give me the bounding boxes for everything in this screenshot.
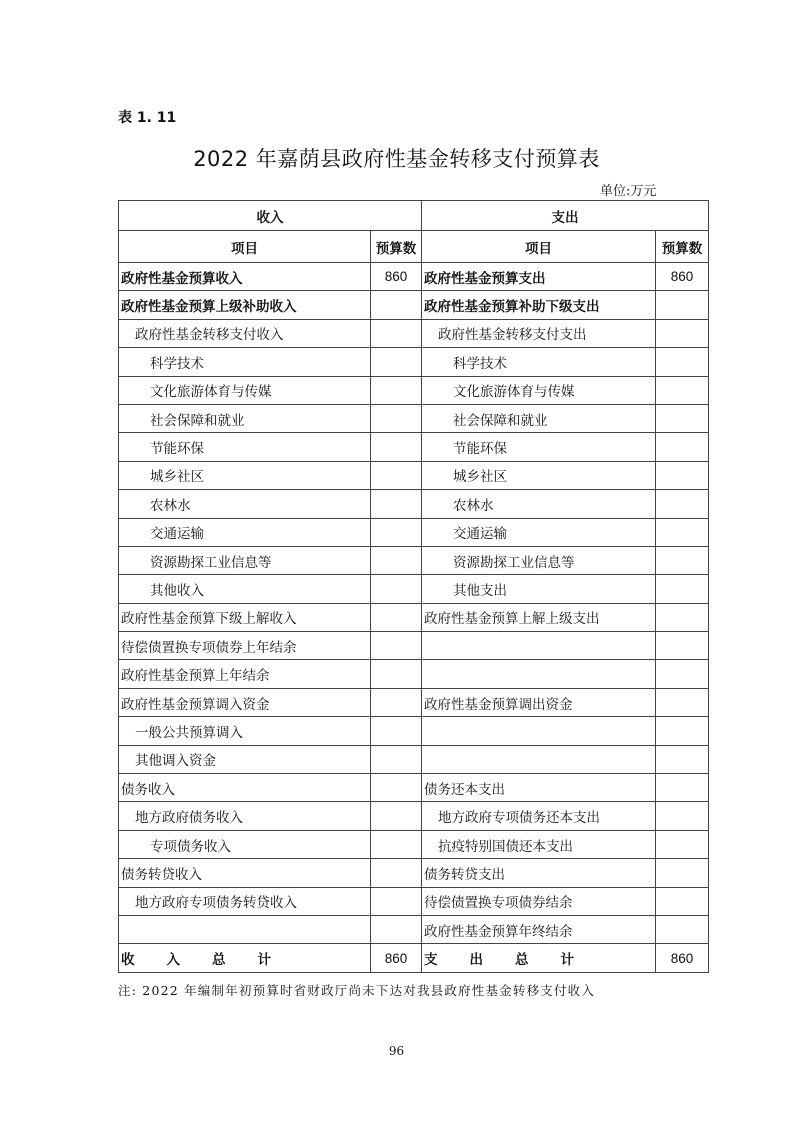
expense-value: 860 [656,263,709,291]
income-value [371,830,422,858]
expense-value [656,291,709,319]
income-item: 政府性基金预算下级上解收入 [119,603,371,631]
table-row: 一般公共预算调入 [119,717,709,745]
income-value [371,518,422,546]
expense-value [656,603,709,631]
expense-item [422,660,656,688]
header-row-columns: 项目 预算数 项目 预算数 [119,231,709,263]
expense-value [656,461,709,489]
expense-value [656,632,709,660]
expense-item: 节能环保 [422,433,656,461]
table-row: 专项债务收入抗疫特别国债还本支出 [119,830,709,858]
expense-item: 待偿债置换专项债券结余 [422,887,656,915]
expense-value [656,433,709,461]
table-row: 政府性基金预算调入资金政府性基金预算调出资金 [119,688,709,716]
table-row: 债务收入债务还本支出 [119,774,709,802]
expense-item [422,632,656,660]
table-row: 其他收入其他支出 [119,575,709,603]
income-value [371,575,422,603]
expense-item: 地方政府专项债务还本支出 [422,802,656,830]
income-item: 政府性基金转移支付收入 [119,319,371,347]
table-row: 政府性基金预算上级补助收入政府性基金预算补助下级支出 [119,291,709,319]
income-value [371,745,422,773]
income-value [371,660,422,688]
income-value [371,688,422,716]
expense-item: 政府性基金预算补助下级支出 [422,291,656,319]
expense-value [656,802,709,830]
page-title: 2022 年嘉荫县政府性基金转移支付预算表 [0,143,793,173]
income-value [371,404,422,432]
income-item: 债务收入 [119,774,371,802]
expense-item: 交通运输 [422,518,656,546]
total-label-char: 收 [121,948,135,968]
income-item: 城乡社区 [119,461,371,489]
footnote: 注: 2022 年编制年初预算时省财政厅尚未下达对我县政府性基金转移支付收入 [118,981,595,999]
expense-value [656,717,709,745]
income-item: 一般公共预算调入 [119,717,371,745]
income-value [371,802,422,830]
expense-item: 资源勘探工业信息等 [422,546,656,574]
expense-total-label: 支出总计 [422,944,656,972]
page-number: 96 [0,1044,793,1058]
table-row: 科学技术科学技术 [119,348,709,376]
expense-value [656,915,709,943]
income-value [371,915,422,943]
table-row: 政府性基金预算收入860政府性基金预算支出860 [119,263,709,291]
expense-value [656,660,709,688]
total-label-char: 支 [424,948,438,968]
expense-value [656,887,709,915]
income-budget-header: 预算数 [371,231,422,263]
income-value [371,632,422,660]
expense-item: 政府性基金预算年终结余 [422,915,656,943]
income-item: 政府性基金预算上年结余 [119,660,371,688]
income-value [371,461,422,489]
table-row: 社会保障和就业社会保障和就业 [119,404,709,432]
total-label-char: 计 [258,948,272,968]
income-item: 农林水 [119,490,371,518]
table-row: 交通运输交通运输 [119,518,709,546]
total-label-char: 总 [212,948,226,968]
income-item: 政府性基金预算调入资金 [119,688,371,716]
income-value [371,546,422,574]
income-value [371,433,422,461]
expense-item: 农林水 [422,490,656,518]
income-item: 其他调入资金 [119,745,371,773]
table-row: 资源勘探工业信息等资源勘探工业信息等 [119,546,709,574]
expense-value [656,348,709,376]
table-row: 政府性基金预算下级上解收入政府性基金预算上解上级支出 [119,603,709,631]
income-value: 860 [371,263,422,291]
income-value [371,490,422,518]
expense-item: 文化旅游体育与传媒 [422,376,656,404]
income-item: 地方政府债务收入 [119,802,371,830]
income-value [371,376,422,404]
table-row: 节能环保节能环保 [119,433,709,461]
table-row: 债务转贷收入债务转贷支出 [119,859,709,887]
table-row: 政府性基金预算年终结余 [119,915,709,943]
table-row: 农林水农林水 [119,490,709,518]
income-item: 其他收入 [119,575,371,603]
income-value [371,603,422,631]
expense-item [422,745,656,773]
income-item: 社会保障和就业 [119,404,371,432]
expense-item: 政府性基金预算支出 [422,263,656,291]
income-item: 文化旅游体育与传媒 [119,376,371,404]
expense-value [656,830,709,858]
expense-value [656,774,709,802]
income-item: 政府性基金预算收入 [119,263,371,291]
income-value [371,717,422,745]
expense-item [422,717,656,745]
income-item: 科学技术 [119,348,371,376]
expense-item: 城乡社区 [422,461,656,489]
expense-value [656,546,709,574]
income-item: 专项债务收入 [119,830,371,858]
unit-label: 单位:万元 [600,180,656,199]
expense-item: 抗疫特别国债还本支出 [422,830,656,858]
income-item-header: 项目 [119,231,371,263]
total-label-char: 总 [515,948,529,968]
table-row: 政府性基金预算上年结余 [119,660,709,688]
income-item: 地方政府专项债务转贷收入 [119,887,371,915]
total-label-char: 计 [561,948,575,968]
expense-value [656,518,709,546]
income-header: 收入 [119,201,422,231]
income-item: 待偿债置换专项债券上年结余 [119,632,371,660]
income-item [119,915,371,943]
income-value [371,774,422,802]
expense-item-header: 项目 [422,231,656,263]
expense-value [656,376,709,404]
total-label-char: 入 [167,948,181,968]
expense-item: 债务还本支出 [422,774,656,802]
expense-budget-header: 预算数 [656,231,709,263]
expense-item: 政府性基金预算上解上级支出 [422,603,656,631]
income-value [371,887,422,915]
budget-table: 收入 支出 项目 预算数 项目 预算数 政府性基金预算收入860政府性基金预算支… [118,200,709,973]
expense-item: 债务转贷支出 [422,859,656,887]
expense-item: 政府性基金转移支付支出 [422,319,656,347]
expense-header: 支出 [422,201,709,231]
table-label: 表 1. 11 [118,107,176,127]
table-row: 城乡社区城乡社区 [119,461,709,489]
income-item: 资源勘探工业信息等 [119,546,371,574]
income-item: 债务转贷收入 [119,859,371,887]
expense-item: 社会保障和就业 [422,404,656,432]
expense-value [656,319,709,347]
table-row: 地方政府债务收入地方政府专项债务还本支出 [119,802,709,830]
header-row-sections: 收入 支出 [119,201,709,231]
table-row: 其他调入资金 [119,745,709,773]
income-item: 政府性基金预算上级补助收入 [119,291,371,319]
income-total-value: 860 [371,944,422,972]
expense-value [656,490,709,518]
expense-value [656,859,709,887]
expense-value [656,688,709,716]
table-row: 待偿债置换专项债券上年结余 [119,632,709,660]
total-label-char: 出 [470,948,484,968]
table-row: 文化旅游体育与传媒文化旅游体育与传媒 [119,376,709,404]
income-item: 交通运输 [119,518,371,546]
income-item: 节能环保 [119,433,371,461]
income-value [371,291,422,319]
table-row: 政府性基金转移支付收入政府性基金转移支付支出 [119,319,709,347]
income-value [371,348,422,376]
expense-value [656,575,709,603]
income-total-label: 收入总计 [119,944,371,972]
expense-item: 其他支出 [422,575,656,603]
totals-row: 收入总计860支出总计860 [119,944,709,972]
expense-value [656,745,709,773]
income-value [371,859,422,887]
income-value [371,319,422,347]
expense-item: 科学技术 [422,348,656,376]
expense-total-value: 860 [656,944,709,972]
table-row: 地方政府专项债务转贷收入待偿债置换专项债券结余 [119,887,709,915]
expense-item: 政府性基金预算调出资金 [422,688,656,716]
expense-value [656,404,709,432]
